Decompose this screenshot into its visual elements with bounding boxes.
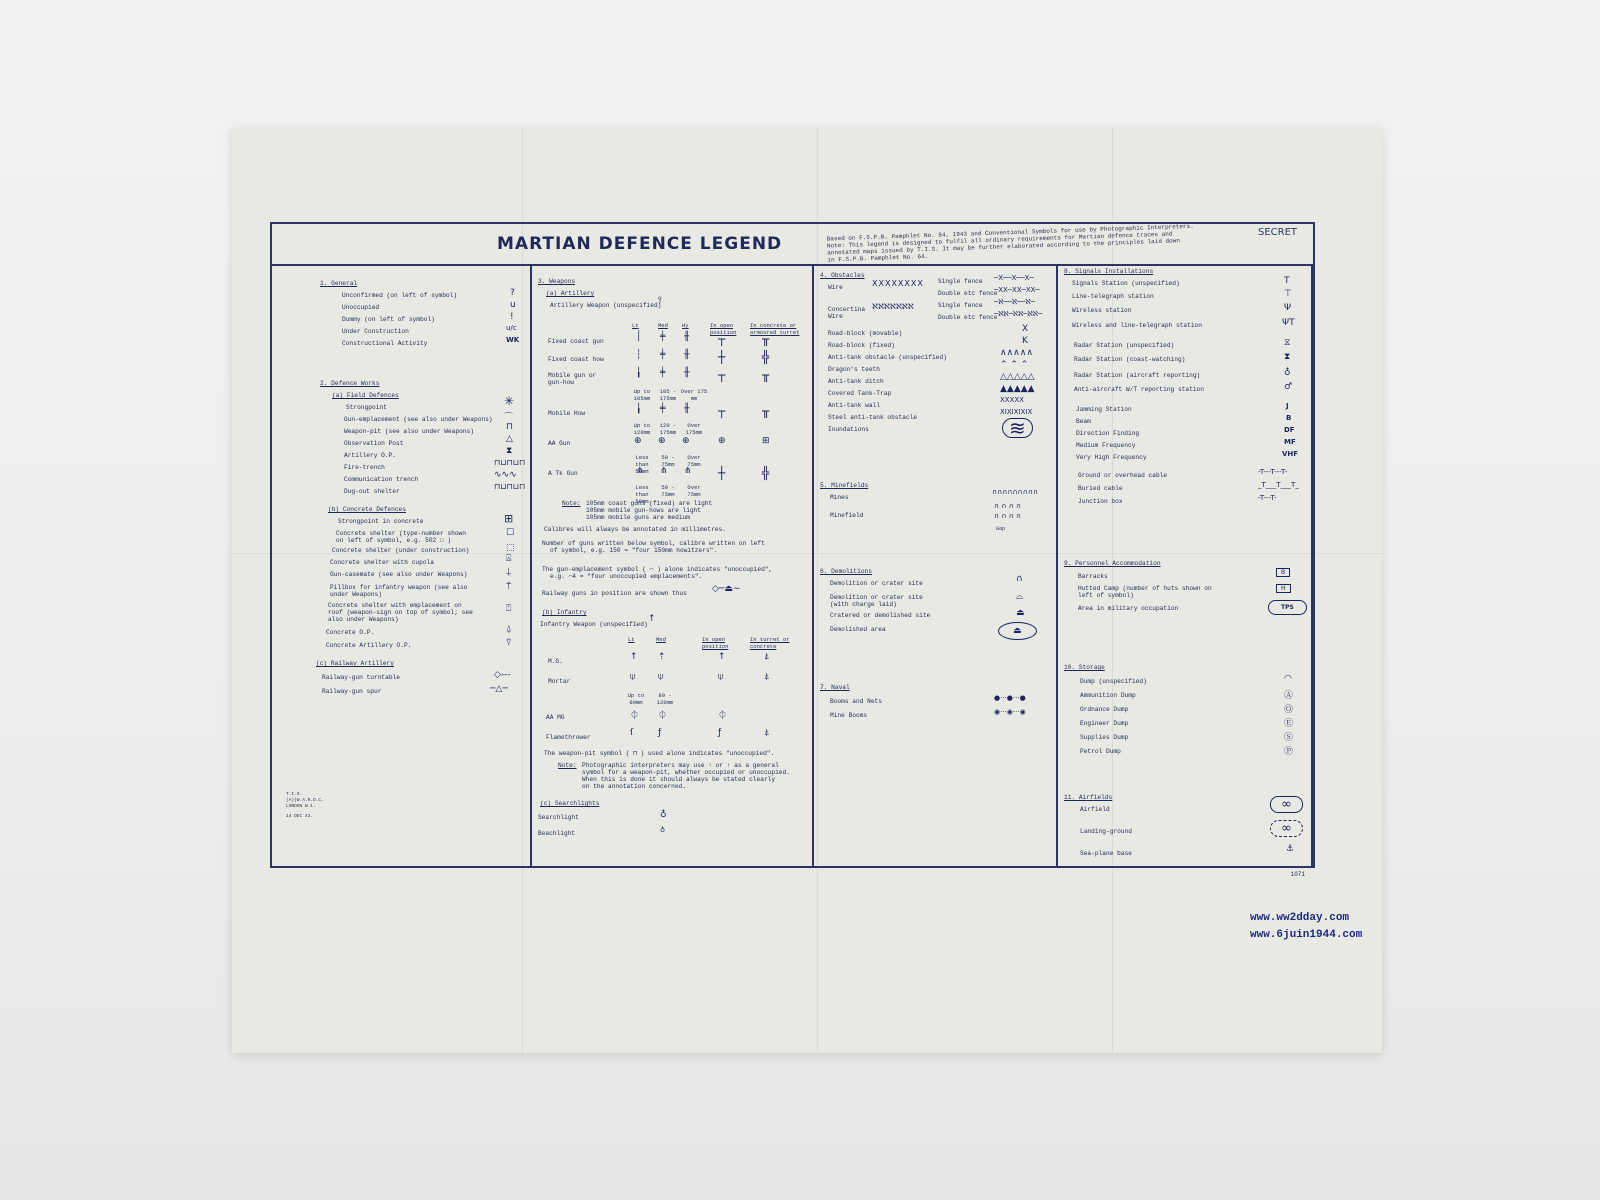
single-concertina-fence-icon: ─ℵ──ℵ──ℵ─ (994, 298, 1035, 306)
junction-box-icon: -T---T- (1258, 494, 1277, 502)
jamming-icon: J (1286, 402, 1289, 410)
mortar-turret-icon: ⍋ (764, 672, 769, 682)
atk-open-icon: ┼ (718, 466, 725, 480)
antitank-wall-icon: XXXXX (1000, 396, 1024, 404)
legend-item: Minefield (830, 512, 863, 519)
legend-item: Barracks (1078, 573, 1108, 580)
unconfirmed-symbol-icon: ? (510, 288, 515, 298)
watermark-link: www.ww2dday.com (1250, 910, 1362, 927)
shelter-cupola-icon: ⍓ (506, 554, 511, 564)
column-header: In turret or concrete (750, 636, 794, 650)
classification-label: SECRET (1258, 227, 1297, 238)
turret-icon: ╥ (762, 332, 769, 346)
legend-item: Medium Frequency (1076, 442, 1135, 449)
roadblock-movable-icon: X (1022, 324, 1028, 334)
legend-item: Hutted Camp (number of huts shown on lef… (1078, 585, 1218, 599)
heavy-aa-icon: ⊕ (682, 436, 690, 446)
engineer-dump-icon: Ⓔ (1284, 716, 1293, 729)
dragons-teeth-icon: ⌃ ⌃ ⌃ (1000, 360, 1028, 370)
legend-item: Junction box (1078, 498, 1123, 505)
legend-item: Anti-tank obstacle (unspecified) (828, 354, 947, 361)
subsection-heading: (a) Artillery (546, 290, 594, 297)
note-label: Note: (562, 500, 581, 507)
section-heading: 11. Airfields (1064, 794, 1112, 801)
legend-item: Supplies Dump (1080, 734, 1128, 741)
medium-frequency-icon: MF (1284, 438, 1296, 446)
mines-icon: ∩∩∩∩∩∩∩∩∩ (992, 488, 1038, 496)
medium-mobile-how-icon: ╪ (660, 404, 665, 414)
legend-item: Searchlight (538, 814, 579, 821)
shelter-emplacement-roof-icon: ⍞ (506, 604, 511, 614)
buried-cable-icon: _T___T___T_ (1258, 481, 1299, 489)
section-heading: 10. Storage (1064, 664, 1105, 671)
weapon-pit-icon: ⊓ (506, 422, 513, 432)
ammunition-dump-icon: Ⓐ (1284, 688, 1293, 701)
infantry-unspecified-icon: ↑ (648, 614, 656, 624)
inundations-icon: ≋ (1002, 418, 1033, 438)
section-heading: 7. Naval (820, 684, 850, 691)
crater-site-icon: ∩ (1016, 574, 1023, 584)
concertina-wire-icon: ℵℵℵℵℵℵℵ (872, 302, 914, 311)
light-mobile-how-icon: ╽ (636, 404, 641, 414)
light-aa-icon: ⊕ (634, 436, 642, 446)
source-note: Based on F.S.P.B. Pamphlet No. 64, 1943 … (827, 221, 1258, 264)
section-heading: 4. Obstacles (820, 272, 865, 279)
size-label: Over 175mm (680, 422, 708, 436)
steel-antitank-icon: XIXIXIXIX (1000, 408, 1032, 416)
legend-item: Concrete shelter with emplacement on roo… (328, 602, 478, 623)
pi-note-line: Photographic interpreters may use ↑ or ↑… (582, 762, 779, 769)
legend-item: Ammunition Dump (1080, 692, 1136, 699)
legend-item: Railway-gun spur (322, 688, 381, 695)
section-heading: 2. Defence Works (320, 380, 379, 387)
column-header: In concrete or armoured turret (750, 322, 810, 336)
wireless-station-icon: Ψ (1284, 303, 1291, 313)
legend-item: Concrete O.P. (326, 629, 374, 636)
stamp-line: 14 DEC 43. (286, 814, 324, 820)
legend-item: Ordnance Dump (1080, 706, 1128, 713)
light-how-icon: ┆ (636, 350, 641, 360)
size-label: Over 175 mm (680, 388, 708, 402)
subsection-heading: (c) Searchlights (540, 800, 599, 807)
legend-item: Very High Frequency (1076, 454, 1147, 461)
stamp-line: LONDON W.1. (286, 804, 324, 810)
weapon-pit-note: The weapon-pit symbol ( ⊓ ) used alone i… (544, 750, 774, 757)
note-line: 105mm mobile gun-hows are light (586, 507, 701, 514)
legend-item: Ground or overhead cable (1078, 472, 1167, 479)
legend-item: Engineer Dump (1080, 720, 1128, 727)
barracks-icon: B (1276, 568, 1290, 577)
ordnance-dump-icon: Ⓞ (1284, 702, 1293, 715)
legend-item: Beam (1076, 418, 1091, 425)
heavy-gun-icon: ╫ (684, 332, 689, 342)
petrol-dump-icon: Ⓟ (1284, 744, 1293, 757)
beachlight-icon: ♁ (660, 826, 665, 834)
cratered-site-icon: ⏏ (1016, 608, 1025, 618)
subsection-heading: (b) Infantry (542, 609, 587, 616)
size-label: 120 - 175mm (654, 422, 682, 436)
light-mobile-icon: ╽ (636, 368, 641, 378)
artillery-unspecified-icon: ⫯ (658, 296, 662, 306)
dump-icon: ◠ (1284, 674, 1292, 684)
beam-icon: B (1286, 414, 1291, 422)
column-obstacles: 4. Obstacles Wire XXXXXXXX Concertina Wi… (814, 264, 1058, 866)
under-construction-symbol-icon: u/c (506, 324, 517, 332)
legend-item: Under Construction (342, 328, 409, 335)
concrete-shelter-icon: ☐ (506, 528, 514, 538)
heavy-how-icon: ╫ (684, 350, 689, 360)
legend-item: Landing-ground (1080, 828, 1132, 835)
gun-casemate-icon: ⍊ (506, 567, 511, 577)
table-row-label: A Tk Gun (548, 470, 578, 477)
legend-item: Pillbox for infantry weapon (see also un… (330, 584, 480, 598)
concrete-shelter-uc-icon: ⬚ (506, 543, 515, 553)
light-atk-icon: ⋔ (636, 466, 644, 476)
legend-item: Wireless station (1072, 307, 1131, 314)
medium-aa-icon: ⊕ (658, 436, 666, 446)
legend-item: Anti-tank ditch (828, 378, 884, 385)
concrete-op-icon: ⍙ (506, 624, 511, 634)
crater-charge-icon: ⌓ (1016, 592, 1023, 602)
size-label: 105 - 175mm (654, 388, 682, 402)
concrete-strongpoint-icon: ⊞ (504, 512, 513, 525)
mg-open-icon: ↑ (718, 652, 726, 662)
column-header: Med (656, 636, 666, 643)
legend-item: Unoccupied (342, 304, 379, 311)
railway-spur-icon: ─△─ (490, 684, 508, 694)
heavy-mobile-how-icon: ╫ (684, 404, 689, 414)
aa-wt-reporting-icon: ♂ (1284, 382, 1292, 392)
subsection-heading: (b) Concrete Defences (328, 506, 406, 513)
medium-mobile-icon: ╪ (660, 368, 665, 378)
size-label: 50 - 75mm (654, 484, 682, 498)
column-signals: 8. Signals Installations Signals Station… (1058, 264, 1313, 866)
section-heading: 5. Minefields (820, 482, 868, 489)
legend-item: Mine Booms (830, 712, 867, 719)
table-row-label: Mobile How (548, 410, 585, 417)
medium-gun-icon: ╪ (660, 332, 665, 342)
minefield-icon: ∩ ∩ ∩ ∩ (994, 512, 1021, 520)
section-heading: 8. Signals Installations (1064, 268, 1153, 275)
dugout-shelter-icon: ⊓⊔⊓⊔⊓ (494, 482, 525, 491)
artillery-op-icon: ⧗ (506, 446, 512, 456)
column-header: Hy (682, 322, 689, 329)
pi-note-line: on the annotation concerned. (582, 783, 686, 790)
legend-item: Beachlight (538, 830, 575, 837)
table-row-label: Fixed coast how (548, 356, 604, 363)
legend-item: Road-block (movable) (828, 330, 902, 337)
mg-turret-icon: ⍋ (764, 652, 769, 662)
legend-item: Anti-aircraft W/T reporting station (1074, 386, 1204, 393)
legend-item: Artillery Weapon (unspecified) (550, 302, 661, 309)
legend-item: Concrete Artillery O.P. (326, 642, 411, 649)
legend-item: Demolition or crater site (with charge l… (830, 594, 940, 608)
turret-icon: ╬ (762, 350, 769, 364)
legend-item: Gun-casemate (see also under Weapons) (330, 571, 467, 578)
legend-item: Area in military occupation (1078, 605, 1178, 612)
roadblock-fixed-icon: K (1022, 336, 1028, 346)
legend-item: Single fence (938, 278, 983, 285)
medium-mg-icon: ⇡ (658, 652, 666, 662)
legend-item: Weapon-pit (see also under Weapons) (344, 428, 474, 435)
column-header: Lt (632, 322, 639, 329)
signals-station-icon: T (1284, 276, 1290, 286)
medium-how-icon: ╪ (660, 350, 665, 360)
legend-item: Road-block (fixed) (828, 342, 895, 349)
legend-item: Buried cable (1078, 485, 1123, 492)
column-header: Med (658, 322, 668, 329)
wire-icon: XXXXXXXX (872, 279, 924, 288)
concrete-artillery-op-icon: ⍢ (506, 638, 511, 648)
legend-item: Strongpoint in concrete (338, 518, 423, 525)
legend-item: Dug-out shelter (344, 488, 400, 495)
fire-trench-icon: ⊓⊔⊓⊔⊓ (494, 458, 525, 467)
dummy-symbol-icon: ! (510, 312, 514, 322)
observation-post-icon: △ (506, 434, 513, 444)
table-row-label: M.G. (548, 658, 563, 665)
column-header: In open position (702, 636, 742, 650)
legend-item: Wireless and line-telegraph station (1072, 322, 1202, 329)
aamg-open-icon: ⏀ (718, 708, 727, 721)
size-label: 80 - 120mm (650, 692, 680, 706)
railway-turntable-icon: ◇--- (494, 670, 511, 680)
section-heading: 9. Personnel Accommodation (1064, 560, 1161, 567)
table-row-label: Flamethrower (546, 734, 591, 741)
supplies-dump-icon: Ⓢ (1284, 730, 1293, 743)
railway-gun-position-icon: ◇─⏏∼ (712, 584, 740, 594)
demolished-area-icon: ⏏ (998, 622, 1037, 640)
railway-note: Railway guns in position are shown thus (542, 590, 687, 597)
legend-item: Constructional Activity (342, 340, 427, 347)
emplacement-note: e.g. ⌒4 = "four unoccupied emplacements"… (550, 573, 702, 580)
flamethrower-turret-icon: ⍋ (764, 728, 769, 738)
size-label: Up to 80mm (622, 692, 650, 706)
table-row-label: AA Gun (548, 440, 570, 447)
note-line: 105mm mobile guns are medium (586, 514, 690, 521)
airfield-icon: ∞ (1270, 796, 1303, 813)
legend-item: Concrete shelter (under construction) (332, 547, 469, 554)
unoccupied-symbol-icon: u (510, 300, 516, 310)
single-fence-icon: ─X──X──X─ (994, 274, 1034, 282)
column-weapons: 3. Weapons (a) Artillery Artillery Weapo… (532, 264, 814, 866)
strongpoint-icon: ✳ (504, 394, 514, 408)
legend-item: Direction Finding (1076, 430, 1139, 437)
open-position-icon: ┬ (718, 368, 725, 382)
legend-item: Airfield (1080, 806, 1110, 813)
legend-item: Concrete shelter with cupola (330, 559, 434, 566)
size-label: Up to 120mm (628, 422, 656, 436)
page-title: MARTIAN DEFENCE LEGEND (497, 234, 782, 254)
seaplane-base-icon: ⚓ (1286, 844, 1294, 854)
legend-item: Unconfirmed (on left of symbol) (342, 292, 457, 299)
legend-item: Wire (828, 284, 843, 291)
mine-booms-icon: ◉···◉···◉ (994, 708, 1026, 716)
pillbox-icon: ⍑ (506, 582, 511, 592)
gap-label: Gap (996, 526, 1005, 532)
legend-item: Communication trench (344, 476, 418, 483)
subsection-heading: (a) Field Defences (332, 392, 399, 399)
antitank-ditch-icon: △△△△△ (1000, 372, 1035, 382)
medium-flamethrower-icon: ƒ (658, 728, 661, 738)
antitank-obstacle-icon: ∧∧∧∧∧ (1000, 348, 1033, 358)
legend-sheet: MARTIAN DEFENCE LEGEND Based on F.S.P.B.… (270, 222, 1315, 868)
direction-finding-icon: DF (1284, 426, 1295, 434)
legend-item: Gun-emplacement (see also under Weapons) (344, 416, 493, 423)
legend-item: Cratered or demolished site (830, 612, 930, 619)
legend-item: Radar Station (aircraft reporting) (1074, 372, 1200, 379)
legend-item: Steel anti-tank obstacle (828, 414, 917, 421)
military-area-icon: TPS (1268, 600, 1307, 615)
section-heading: 3. Weapons (538, 278, 575, 285)
covered-tank-trap-icon: ▲▲▲▲▲ (1000, 384, 1035, 394)
wireless-telegraph-icon: ΨT (1282, 318, 1295, 328)
note-label: Note: (558, 762, 577, 769)
table-row-label: Fixed coast gun (548, 338, 604, 345)
medium-atk-icon: ⋔ (660, 466, 668, 476)
legend-item: Line-telegraph station (1072, 293, 1154, 300)
legend-item: Covered Tank-Trap (828, 390, 891, 397)
page-number: 1071 (1291, 871, 1305, 878)
legend-item: Single fence (938, 302, 983, 309)
aa-open-icon: ⊕ (718, 436, 726, 446)
legend-item: Mines (830, 494, 849, 501)
communication-trench-icon: ∿∿∿ (494, 470, 517, 480)
legend-item: Radar Station (unspecified) (1074, 342, 1174, 349)
legend-item: Double etc fence (938, 290, 997, 297)
size-label: 50 - 75mm (654, 454, 682, 468)
legend-header: MARTIAN DEFENCE LEGEND Based on F.S.P.B.… (272, 224, 1313, 266)
double-fence-icon: ─XX─XX─XX─ (994, 286, 1040, 294)
pi-note-line: symbol for a weapon-pit, whether occupie… (582, 769, 790, 776)
light-mortar-icon: ⍦ (630, 672, 635, 682)
legend-item: Dummy (on left of symbol) (342, 316, 435, 323)
constructional-activity-symbol-icon: WK (506, 336, 519, 344)
heavy-mobile-icon: ╫ (684, 368, 689, 378)
legend-item: Concertina Wire (828, 306, 868, 320)
legend-item: Dump (unspecified) (1080, 678, 1147, 685)
light-flamethrower-icon: ſ (630, 728, 633, 738)
legend-item: Demolition or crater site (830, 580, 923, 587)
line-telegraph-icon: ⊤ (1284, 289, 1292, 299)
turret-icon: ╥ (762, 368, 769, 382)
open-position-icon: ┬ (718, 404, 725, 418)
section-heading: 6. Demolitions (820, 568, 872, 575)
aa-turret-icon: ⊞ (762, 436, 770, 446)
booms-nets-icon: ●···●···● (994, 694, 1026, 702)
column-header: In open position (710, 322, 750, 336)
table-row-label: Mobile gun or gun-how (548, 372, 608, 386)
note-line: 105mm coast guns (fixed) are light (586, 500, 712, 507)
light-gun-icon: │ (636, 332, 641, 342)
watermark-urls: www.ww2dday.com www.6juin1944.com (1250, 910, 1362, 944)
medium-mortar-icon: ⍦ (658, 672, 663, 682)
legend-item: Fire-trench (344, 464, 385, 471)
searchlight-icon: ♁ (660, 810, 667, 820)
heavy-atk-icon: ⋔ (684, 466, 692, 476)
flamethrower-open-icon: ƒ (718, 728, 721, 738)
medium-aamg-icon: ⏀ (658, 708, 667, 721)
legend-item: Petrol Dump (1080, 748, 1121, 755)
radar-coast-icon: ⧗ (1284, 352, 1290, 362)
radar-aircraft-icon: ♁ (1284, 368, 1291, 378)
subsection-heading: (c) Railway Artillery (316, 660, 394, 667)
size-label: Over 75mm (680, 484, 708, 498)
legend-item: Artillery O.P. (344, 452, 396, 459)
table-row-label: AA MG (546, 714, 565, 721)
legend-item: Strongpoint (346, 404, 387, 411)
legend-item: Booms and Nets (830, 698, 882, 705)
section-heading: 1. General (320, 280, 357, 287)
atk-turret-icon: ╬ (762, 466, 769, 480)
mortar-open-icon: ⍦ (718, 672, 723, 682)
open-position-icon: ┼ (718, 350, 725, 364)
legend-item: Infantry Weapon (unspecified) (540, 621, 648, 628)
vhf-icon: VHF (1282, 450, 1298, 458)
legend-item: Observation Post (344, 440, 403, 447)
pi-note-line: When this is done it should always be st… (582, 776, 775, 783)
double-concertina-fence-icon: ─ℵℵ─ℵℵ─ℵℵ─ (994, 310, 1042, 318)
legend-item: Signals Station (unspecified) (1072, 280, 1180, 287)
number-note: Number of guns written below symbol, cal… (542, 540, 765, 547)
watermark-link: www.6juin1944.com (1250, 927, 1362, 944)
overhead-cable-icon: -T---T---T- (1258, 468, 1287, 476)
landing-ground-icon: ∞ (1270, 820, 1303, 837)
legend-item: Sea-plane base (1080, 850, 1132, 857)
column-header: Lt (628, 636, 635, 643)
radar-station-icon: ⧖ (1284, 338, 1290, 348)
issue-stamp: T.I.S. (A)(W.A.R.D.C. LONDON W.1. 14 DEC… (286, 792, 324, 820)
minefield-icon: ∩ ∩ ∩ ∩ (994, 502, 1021, 510)
turret-icon: ╥ (762, 404, 769, 418)
number-note: of symbol, e.g. 150 = "four 150mm howitz… (550, 547, 717, 554)
column-general-defence: 1. General Unconfirmed (on left of symbo… (272, 264, 532, 866)
light-aamg-icon: ⏀ (630, 708, 639, 721)
open-position-icon: ┬ (718, 332, 725, 346)
legend-item: Railway-gun turntable (322, 674, 400, 681)
size-label: Up to 105mm (628, 388, 656, 402)
calibre-note: Calibres will always be annotated in mil… (544, 526, 726, 533)
legend-item: Double etc fence (938, 314, 997, 321)
legend-item: Inundations (828, 426, 869, 433)
emplacement-note: The gun-emplacement symbol ( ⌒ ) alone i… (542, 566, 772, 573)
hutted-camp-icon: H (1276, 584, 1291, 593)
legend-item: Jamming Station (1076, 406, 1132, 413)
light-mg-icon: ↑ (630, 652, 638, 662)
legend-item: Dragon's teeth (828, 366, 880, 373)
table-row-label: Mortar (548, 678, 570, 685)
legend-item: Demolished area (830, 626, 886, 633)
legend-item: Anti-tank wall (828, 402, 880, 409)
legend-item: Radar Station (coast-watching) (1074, 356, 1185, 363)
legend-item: Concrete shelter (type-number shown on l… (336, 530, 476, 544)
